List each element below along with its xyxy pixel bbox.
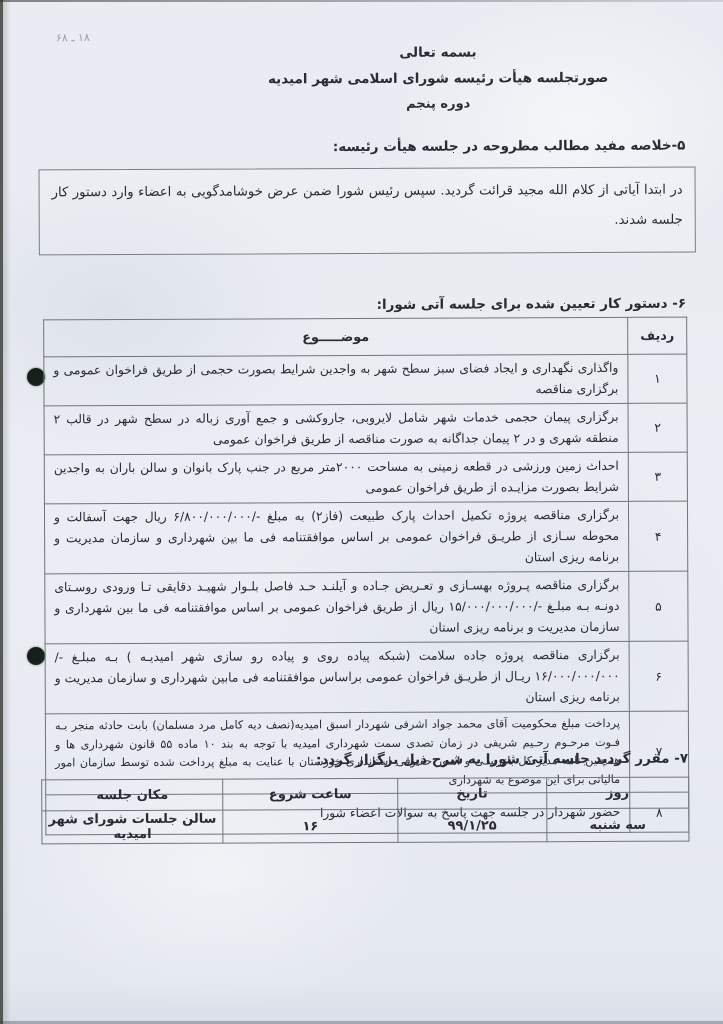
agenda-col-row-number: ردیف bbox=[628, 317, 687, 354]
meeting-location: سالن جلسات شورای شهر امیدیه bbox=[42, 810, 223, 844]
agenda-col-subject: موضـــــوع bbox=[44, 317, 628, 357]
row-number: ۴ bbox=[628, 501, 687, 571]
meeting-col-start-time: ساعت شروع bbox=[223, 778, 398, 810]
table-row: ۶ برگزاری مناقصه پروژه جاده سلامت (شبکه … bbox=[45, 641, 688, 714]
section5-heading: ۵-خلاصه مفید مطالب مطروحه در جلسه هیأت ر… bbox=[333, 138, 686, 156]
agenda-item-text: برگزاری مناقصه پروژه جاده سلامت (شبکه پی… bbox=[45, 641, 629, 714]
table-row: ۱ واگذاری نگهداری و ایجاد فضای سبز سطح ش… bbox=[44, 354, 687, 406]
scanned-document-page: ۱۸ ـ ۶۸ بسمه تعالی صورتجلسه هیأت رئیسه ش… bbox=[0, 0, 723, 1024]
meeting-day: سه شنبه bbox=[546, 808, 688, 842]
document-header: بسمه تعالی صورتجلسه هیأت رئیسه شورای اسل… bbox=[238, 39, 638, 119]
council-term: دوره پنجم bbox=[238, 91, 638, 119]
document-title: صورتجلسه هیأت رئیسه شورای اسلامی شهر امی… bbox=[238, 65, 638, 93]
table-row: ۵ برگزاری مناقصه پـروژه بهسـازی و تعـریض… bbox=[45, 571, 688, 644]
agenda-item-text: واگذاری نگهداری و ایجاد فضای سبز سطح شهر… bbox=[44, 354, 628, 406]
meeting-date: ۹۹/۱/۲۵ bbox=[398, 809, 547, 843]
row-number: ۶ bbox=[629, 641, 688, 711]
next-meeting-table: روز تاریخ ساعت شروع مکان جلسه سه شنبه ۹۹… bbox=[41, 777, 689, 845]
meeting-col-location: مکان جلسه bbox=[42, 779, 223, 811]
agenda-item-text: برگزاری مناقصه پروژه تکمیل احداث پارک طب… bbox=[44, 501, 628, 574]
meeting-value-row: سه شنبه ۹۹/۱/۲۵ ۱۶ سالن جلسات شورای شهر … bbox=[42, 808, 689, 844]
section6-heading: ۶- دستور کار تعیین شده برای جلسه آتی شور… bbox=[377, 296, 687, 313]
row-number: ۲ bbox=[628, 403, 687, 452]
section7-heading: ۷- مقرر گردید جلسه آتی شورا به شرح ذیل ب… bbox=[316, 751, 688, 769]
table-row: ۳ احداث زمین ورزشی در قطعه زمینی به مساح… bbox=[44, 452, 687, 504]
agenda-item-text: احداث زمین ورزشی در قطعه زمینی به مساحت … bbox=[44, 452, 628, 504]
agenda-item-text: برگزاری مناقصه پـروژه بهسـازی و تعـریض ج… bbox=[45, 571, 629, 644]
row-number: ۳ bbox=[628, 452, 687, 501]
table-row: ۲ برگزاری پیمان حجمی خدمات شهر شامل لایر… bbox=[44, 403, 687, 455]
agenda-item-text: برگزاری پیمان حجمی خدمات شهر شامل لایروب… bbox=[44, 403, 628, 455]
agenda-header-row: ردیف موضـــــوع bbox=[44, 317, 687, 357]
meeting-col-date: تاریخ bbox=[398, 778, 547, 810]
meeting-start-time: ۱۶ bbox=[223, 809, 398, 843]
meeting-col-day: روز bbox=[546, 777, 688, 809]
document-content: ۱۸ ـ ۶۸ بسمه تعالی صورتجلسه هیأت رئیسه ش… bbox=[0, 0, 723, 1024]
table-row: ۴ برگزاری مناقصه پروژه تکمیل احداث پارک … bbox=[44, 501, 687, 574]
handwritten-note: ۱۸ ـ ۶۸ bbox=[56, 31, 90, 45]
bismillah-line: بسمه تعالی bbox=[238, 39, 638, 67]
meeting-header-row: روز تاریخ ساعت شروع مکان جلسه bbox=[42, 777, 689, 811]
row-number: ۱ bbox=[628, 354, 687, 403]
row-number: ۵ bbox=[629, 571, 688, 641]
meeting-summary-box: در ابتدا آیاتی از کلام الله مجید قرائت گ… bbox=[39, 167, 696, 256]
